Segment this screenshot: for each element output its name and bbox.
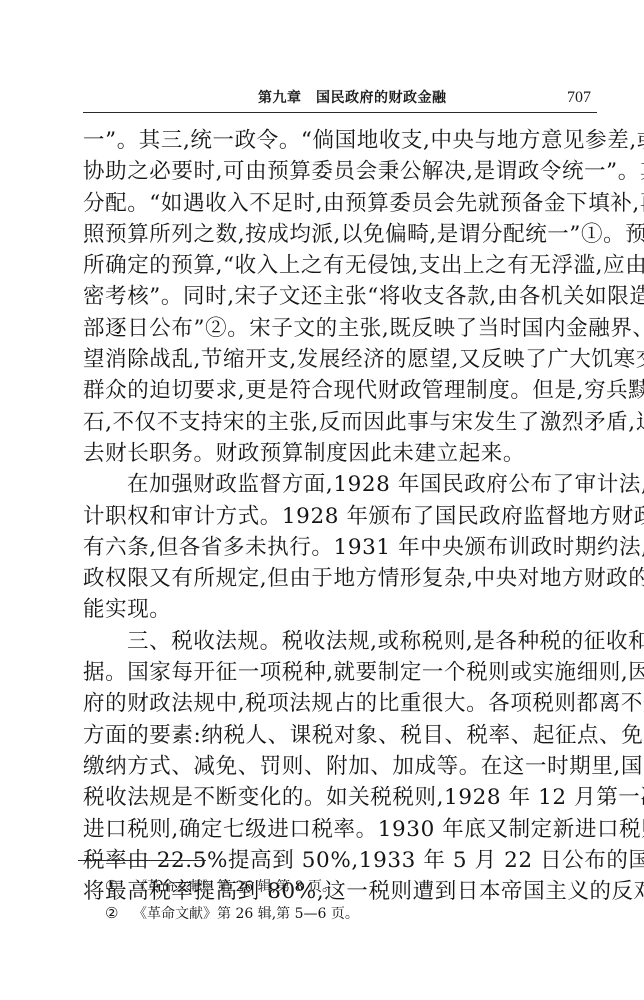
- text-line: 去财长职务。财政预算制度因此未建立起来。: [83, 438, 603, 469]
- text-line: 照预算所列之数,按成均派,以免偏畸,是谓分配统一”①。预算委员会: [83, 219, 603, 250]
- text-line: 部逐日公布”②。宋子文的主张,既反映了当时国内金融界、实业界希: [83, 313, 603, 344]
- text-line: 计职权和审计方式。1928 年颁布了国民政府监督地方财政暂行法,计: [83, 501, 603, 532]
- text-line: 密考核”。同时,宋子文还主张“将收支各款,由各机关如限造报,财政: [83, 281, 603, 312]
- text-line: 府的财政法规中,税项法规占的比重很大。各项税则都离不开这几个: [83, 688, 603, 719]
- body-text: 一”。其三,统一政令。“倘国地收支,中央与地方意见参差,或有互相协助之必要时,可…: [83, 125, 603, 907]
- chapter-title: 第九章 国民政府的财政金融: [258, 88, 447, 108]
- text-line: 政权限又有所规定,但由于地方情形复杂,中央对地方财政的监督仍未: [83, 563, 603, 594]
- footnotes: ①《革命文献》第 26 辑,第 8 页。②《革命文献》第 26 辑,第 5—6 …: [105, 873, 359, 927]
- paragraph-first-line: 在加强财政监督方面,1928 年国民政府公布了审计法,规定了审: [83, 469, 603, 500]
- text-line: 缴纳方式、减免、罚则、附加、加成等。在这一时期里,国民政府的各项: [83, 751, 603, 782]
- footnote-1: ①《革命文献》第 26 辑,第 8 页。: [105, 873, 359, 900]
- text-line: 所确定的预算,“收入上之有无侵蚀,支出上之有无浮滥,应由审计院严: [83, 250, 603, 281]
- text-line: 能实现。: [83, 594, 603, 625]
- text-line: 协助之必要时,可由预算委员会秉公解决,是谓政令统一”。其四,统一: [83, 156, 603, 187]
- page-number: 707: [567, 88, 591, 108]
- text-line: 进口税则,确定七级进口税率。1930 年底又制定新进口税则,使最高: [83, 814, 603, 845]
- running-head: 第九章 国民政府的财政金融 707: [83, 88, 597, 108]
- header-rule: [83, 112, 597, 113]
- text-line: 方面的要素:纳税人、课税对象、税目、税率、起征点、免征额、纳税期限、: [83, 720, 603, 751]
- footnote-text: 《革命文献》第 26 辑,第 5—6 页。: [133, 906, 359, 922]
- text-line: 石,不仅不支持宋的主张,反而因此事与宋发生了激烈矛盾,迫使宋辞: [83, 407, 603, 438]
- text-line: 群众的迫切要求,更是符合现代财政管理制度。但是,穷兵黩武的蒋介: [83, 375, 603, 406]
- footnote-rule: [78, 860, 206, 861]
- text-line: 税收法规是不断变化的。如关税税则,1928 年 12 月第一次公布海关: [83, 782, 603, 813]
- text-line: 据。国家每开征一项税种,就要制定一个税则或实施细则,因而国民政: [83, 657, 603, 688]
- footnote-marker: ①: [105, 873, 133, 900]
- text-line: 有六条,但各省多未执行。1931 年中央颁布训政时期约法,对地方财: [83, 532, 603, 563]
- book-page: 第九章 国民政府的财政金融 707 一”。其三,统一政令。“倘国地收支,中央与地…: [0, 0, 644, 1000]
- footnote-marker: ②: [105, 900, 133, 927]
- text-line: 一”。其三,统一政令。“倘国地收支,中央与地方意见参差,或有互相: [83, 125, 603, 156]
- footnote-text: 《革命文献》第 26 辑,第 8 页。: [133, 879, 336, 895]
- text-line: 望消除战乱,节缩开支,发展经济的愿望,又反映了广大饥寒交迫劳苦: [83, 344, 603, 375]
- text-line: 分配。“如遇收入不足时,由预算委员会先就预备金下填补,再有不足,: [83, 188, 603, 219]
- footnote-2: ②《革命文献》第 26 辑,第 5—6 页。: [105, 900, 359, 927]
- paragraph-first-line: 三、税收法规。税收法规,或称税则,是各种税的征收和管理的依: [83, 626, 603, 657]
